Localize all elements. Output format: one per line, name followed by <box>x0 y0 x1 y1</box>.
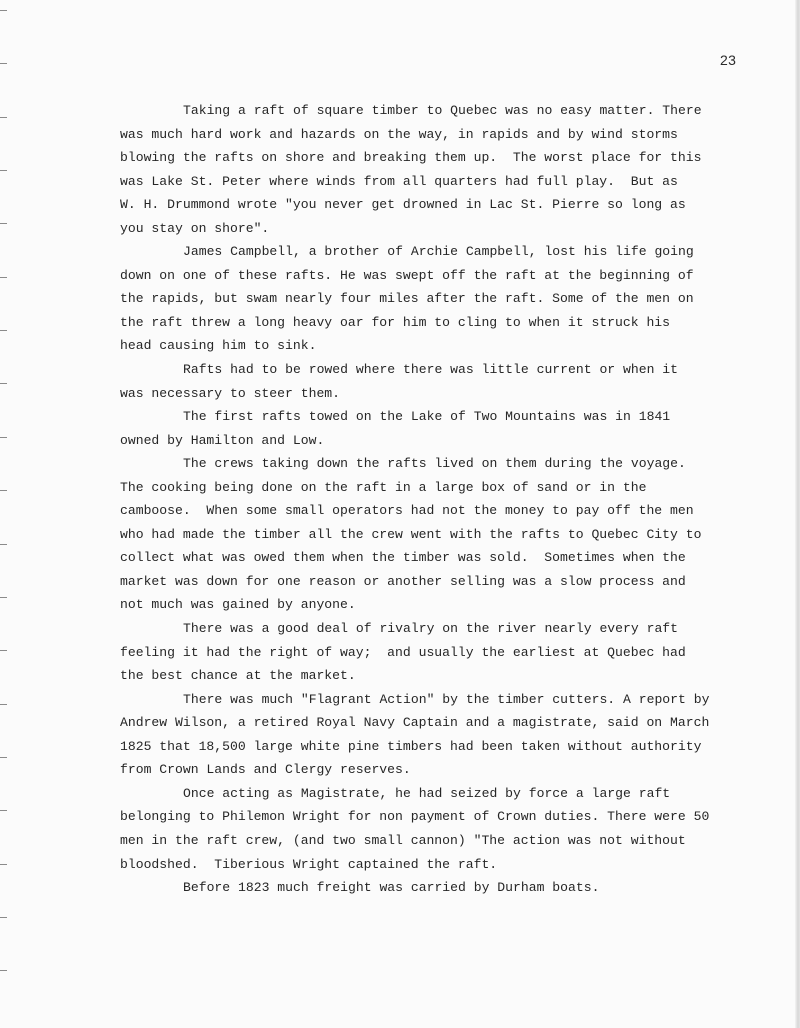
page-edge-shadow <box>795 0 800 1028</box>
paragraph-line: you stay on shore". <box>120 217 740 241</box>
paragraph-first-line: Before 1823 much freight was carried by … <box>120 876 740 900</box>
paragraph-line: 1825 that 18,500 large white pine timber… <box>120 735 740 759</box>
paragraph-line: blowing the rafts on shore and breaking … <box>120 146 740 170</box>
paragraph: There was much "Flagrant Action" by the … <box>120 688 740 782</box>
margin-tick <box>0 597 7 598</box>
margin-tick <box>0 490 7 491</box>
paragraph-line: belonging to Philemon Wright for non pay… <box>120 805 740 829</box>
margin-tick <box>0 10 7 11</box>
paragraph-line: was much hard work and hazards on the wa… <box>120 123 740 147</box>
paragraph-line: bloodshed. Tiberious Wright captained th… <box>120 853 740 877</box>
margin-tick <box>0 437 7 438</box>
paragraph-line: not much was gained by anyone. <box>120 593 740 617</box>
margin-tick <box>0 810 7 811</box>
binder-margin-ticks <box>0 0 10 1028</box>
margin-tick <box>0 970 7 971</box>
paragraph-line: owned by Hamilton and Low. <box>120 429 740 453</box>
document-body: Taking a raft of square timber to Quebec… <box>120 99 740 900</box>
margin-tick <box>0 704 7 705</box>
paragraph-first-line: Rafts had to be rowed where there was li… <box>120 358 740 382</box>
margin-tick <box>0 383 7 384</box>
paragraph-line: collect what was owed them when the timb… <box>120 546 740 570</box>
margin-tick <box>0 650 7 651</box>
paragraph-first-line: James Campbell, a brother of Archie Camp… <box>120 240 740 264</box>
paragraph-first-line: There was a good deal of rivalry on the … <box>120 617 740 641</box>
paragraph-line: market was down for one reason or anothe… <box>120 570 740 594</box>
paragraph-line: camboose. When some small operators had … <box>120 499 740 523</box>
margin-tick <box>0 757 7 758</box>
paragraph-line: W. H. Drummond wrote "you never get drow… <box>120 193 740 217</box>
paragraph-line: the best chance at the market. <box>120 664 740 688</box>
paragraph: There was a good deal of rivalry on the … <box>120 617 740 688</box>
paragraph-first-line: Once acting as Magistrate, he had seized… <box>120 782 740 806</box>
paragraph-first-line: The crews taking down the rafts lived on… <box>120 452 740 476</box>
paragraph-first-line: The first rafts towed on the Lake of Two… <box>120 405 740 429</box>
margin-tick <box>0 917 7 918</box>
page-number: 23 <box>720 52 736 68</box>
paragraph-line: the rapids, but swam nearly four miles a… <box>120 287 740 311</box>
margin-tick <box>0 117 7 118</box>
paragraph-line: was Lake St. Peter where winds from all … <box>120 170 740 194</box>
margin-tick <box>0 330 7 331</box>
paragraph: Before 1823 much freight was carried by … <box>120 876 740 900</box>
paragraph: Once acting as Magistrate, he had seized… <box>120 782 740 876</box>
paragraph-line: from Crown Lands and Clergy reserves. <box>120 758 740 782</box>
paragraph-line: who had made the timber all the crew wen… <box>120 523 740 547</box>
margin-tick <box>0 277 7 278</box>
paragraph: Taking a raft of square timber to Quebec… <box>120 99 740 240</box>
paragraph: The first rafts towed on the Lake of Two… <box>120 405 740 452</box>
margin-tick <box>0 864 7 865</box>
margin-tick <box>0 223 7 224</box>
paragraph: James Campbell, a brother of Archie Camp… <box>120 240 740 358</box>
margin-tick <box>0 170 7 171</box>
paragraph-line: was necessary to steer them. <box>120 382 740 406</box>
paragraph-first-line: Taking a raft of square timber to Quebec… <box>120 99 740 123</box>
margin-tick <box>0 544 7 545</box>
margin-tick <box>0 63 7 64</box>
paragraph-first-line: There was much "Flagrant Action" by the … <box>120 688 740 712</box>
paragraph-line: feeling it had the right of way; and usu… <box>120 641 740 665</box>
paragraph: Rafts had to be rowed where there was li… <box>120 358 740 405</box>
paragraph-line: down on one of these rafts. He was swept… <box>120 264 740 288</box>
paragraph-line: head causing him to sink. <box>120 334 740 358</box>
paragraph-line: the raft threw a long heavy oar for him … <box>120 311 740 335</box>
paragraph-line: men in the raft crew, (and two small can… <box>120 829 740 853</box>
paragraph: The crews taking down the rafts lived on… <box>120 452 740 617</box>
paragraph-line: Andrew Wilson, a retired Royal Navy Capt… <box>120 711 740 735</box>
paragraph-line: The cooking being done on the raft in a … <box>120 476 740 500</box>
